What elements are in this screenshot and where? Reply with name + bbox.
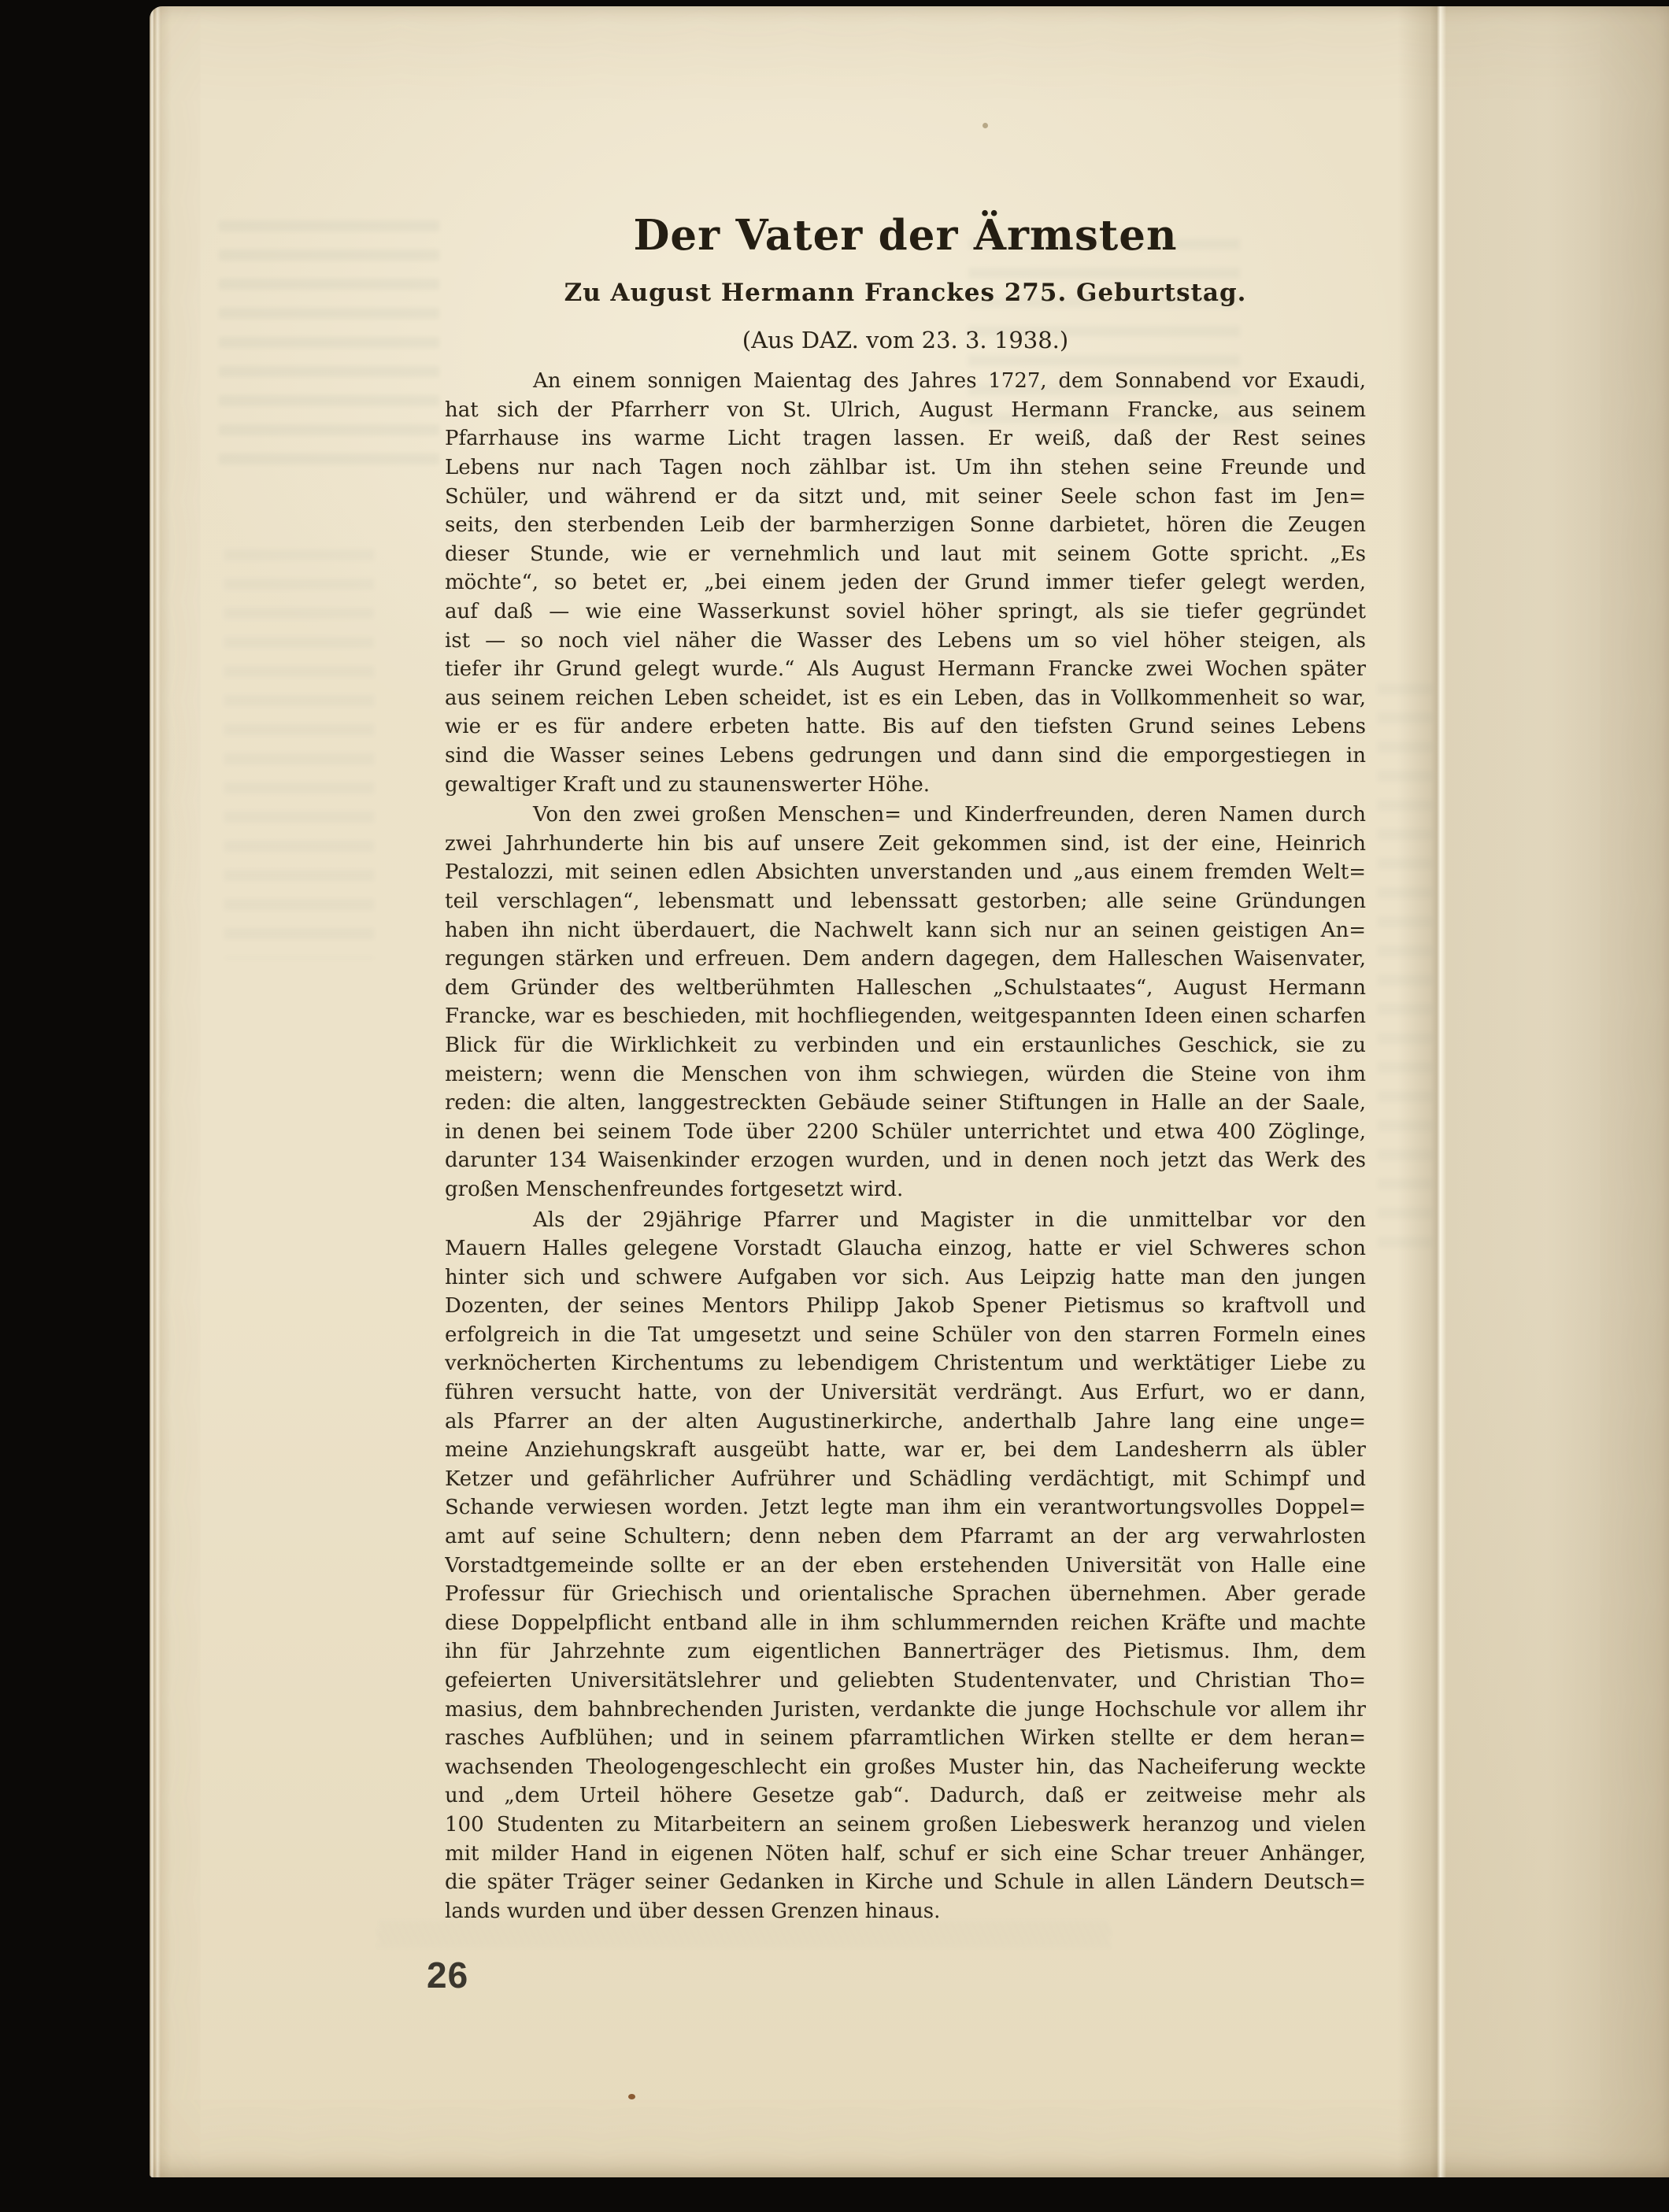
paper-speck bbox=[628, 2094, 635, 2099]
text-line: Professur für Griechisch und orientalisc… bbox=[445, 1580, 1366, 1609]
text-line: Mauern Halles gelegene Vorstadt Glaucha … bbox=[445, 1234, 1366, 1263]
scan-background: Der Vater der Ärmsten Zu August Hermann … bbox=[0, 0, 1669, 2212]
text-line: und „dem Urteil höhere Gesetze gab“. Dad… bbox=[445, 1781, 1366, 1811]
page-gutter-fold bbox=[1397, 6, 1669, 2177]
text-line: Blick für die Wirklichkeit zu verbinden … bbox=[445, 1031, 1366, 1060]
text-line: regungen stärken und erfreuen. Dem ander… bbox=[445, 945, 1366, 974]
text-line: meine Anziehungskraft ausgeübt hatte, wa… bbox=[445, 1436, 1366, 1465]
text-line: lands wurden und über dessen Grenzen hin… bbox=[445, 1897, 1366, 1926]
text-line: führen versucht hatte, von der Universit… bbox=[445, 1378, 1366, 1407]
text-line: erfolgreich in die Tat umgesetzt und sei… bbox=[445, 1321, 1366, 1350]
page-number: 26 bbox=[427, 1957, 468, 1993]
text-line: meistern; wenn die Menschen von ihm schw… bbox=[445, 1060, 1366, 1089]
text-line: aus seinem reichen Leben scheidet, ist e… bbox=[445, 684, 1366, 713]
page-left-edge bbox=[150, 6, 172, 2177]
text-line: dieser Stunde, wie er vernehmlich und la… bbox=[445, 540, 1366, 569]
article-subtitle: Zu August Hermann Franckes 275. Geburtst… bbox=[445, 279, 1366, 308]
text-line: Ketzer und gefährlicher Aufrührer und Sc… bbox=[445, 1465, 1366, 1494]
text-line: Francke, war es beschieden, mit hochflie… bbox=[445, 1002, 1366, 1031]
text-line: Lebens nur nach Tagen noch zählbar ist. … bbox=[445, 453, 1366, 483]
bleedthrough-ghost-text bbox=[219, 220, 439, 464]
text-line: ihn für Jahrzehnte zum eigentlichen Bann… bbox=[445, 1637, 1366, 1666]
text-line: Pestalozzi, mit seinen edlen Absichten u… bbox=[445, 858, 1366, 887]
text-line: mit milder Hand in eigenen Nöten half, s… bbox=[445, 1840, 1366, 1869]
text-line: ist — so noch viel näher die Wasser des … bbox=[445, 627, 1366, 656]
book-page: Der Vater der Ärmsten Zu August Hermann … bbox=[150, 6, 1669, 2177]
text-line: seits, den sterbenden Leib der barmherzi… bbox=[445, 511, 1366, 540]
text-line: möchte“, so betet er, „bei einem jeden d… bbox=[445, 568, 1366, 597]
text-line: dem Gründer des weltberühmten Halleschen… bbox=[445, 974, 1366, 1003]
text-line: als Pfarrer an der alten Augustinerkirch… bbox=[445, 1407, 1366, 1437]
text-line: hat sich der Pfarrherr von St. Ulrich, A… bbox=[445, 396, 1366, 425]
text-line: teil verschlagen“, lebensmatt und lebens… bbox=[445, 887, 1366, 916]
paragraph: An einem sonnigen Maientag des Jahres 17… bbox=[445, 367, 1366, 799]
text-line: sind die Wasser seines Lebens gedrungen … bbox=[445, 742, 1366, 771]
text-line: rasches Aufblühen; und in seinem pfarram… bbox=[445, 1724, 1366, 1753]
text-line: 100 Studenten zu Mitarbeitern an seinem … bbox=[445, 1811, 1366, 1840]
text-line: masius, dem bahnbrechenden Juristen, ver… bbox=[445, 1696, 1366, 1725]
article: Der Vater der Ärmsten Zu August Hermann … bbox=[445, 213, 1366, 1925]
text-line: gefeierten Universitätslehrer und gelieb… bbox=[445, 1666, 1366, 1696]
text-line: auf daß — wie eine Wasserkunst soviel hö… bbox=[445, 597, 1366, 627]
text-line: die später Träger seiner Gedanken in Kir… bbox=[445, 1868, 1366, 1897]
text-line: amt auf seine Schultern; denn neben dem … bbox=[445, 1522, 1366, 1552]
text-line: hinter sich und schwere Aufgaben vor sic… bbox=[445, 1263, 1366, 1293]
article-source-line: (Aus DAZ. vom 23. 3. 1938.) bbox=[445, 327, 1366, 354]
text-line: Schüler, und während er da sitzt und, mi… bbox=[445, 483, 1366, 512]
article-body: An einem sonnigen Maientag des Jahres 17… bbox=[445, 367, 1366, 1925]
text-line: haben ihn nicht überdauert, die Nachwelt… bbox=[445, 916, 1366, 945]
text-line: darunter 134 Waisenkinder erzogen wurden… bbox=[445, 1146, 1366, 1175]
text-line: An einem sonnigen Maientag des Jahres 17… bbox=[445, 367, 1366, 396]
text-line: reden: die alten, langgestreckten Gebäud… bbox=[445, 1089, 1366, 1118]
text-line: verknöcherten Kirchentums zu lebendigem … bbox=[445, 1349, 1366, 1378]
text-line: tiefer ihr Grund gelegt wurde.“ Als Augu… bbox=[445, 655, 1366, 684]
text-line: gewaltiger Kraft und zu staunenswerter H… bbox=[445, 771, 1366, 800]
text-line: diese Doppelpflicht entband alle in ihm … bbox=[445, 1609, 1366, 1638]
bleedthrough-ghost-text bbox=[224, 549, 374, 959]
text-line: Vorstadtgemeinde sollte er an der eben e… bbox=[445, 1552, 1366, 1581]
text-line: Pfarrhause ins warme Licht tragen lassen… bbox=[445, 424, 1366, 453]
text-line: Dozenten, der seines Mentors Philipp Jak… bbox=[445, 1292, 1366, 1321]
text-line: großen Menschenfreundes fortgesetzt wird… bbox=[445, 1175, 1366, 1204]
text-line: wachsenden Theologengeschlecht ein große… bbox=[445, 1753, 1366, 1782]
text-line: in denen bei seinem Tode über 2200 Schül… bbox=[445, 1118, 1366, 1147]
text-line: Als der 29jährige Pfarrer und Magister i… bbox=[445, 1206, 1366, 1235]
paper-speck bbox=[983, 123, 988, 128]
article-title: Der Vater der Ärmsten bbox=[445, 213, 1366, 258]
text-line: zwei Jahrhunderte hin bis auf unsere Zei… bbox=[445, 830, 1366, 859]
paragraph: Von den zwei großen Menschen= und Kinder… bbox=[445, 801, 1366, 1204]
text-line: Von den zwei großen Menschen= und Kinder… bbox=[445, 801, 1366, 830]
text-line: wie er es für andere erbeten hatte. Bis … bbox=[445, 712, 1366, 742]
paragraph: Als der 29jährige Pfarrer und Magister i… bbox=[445, 1206, 1366, 1926]
text-line: Schande verwiesen worden. Jetzt legte ma… bbox=[445, 1493, 1366, 1522]
